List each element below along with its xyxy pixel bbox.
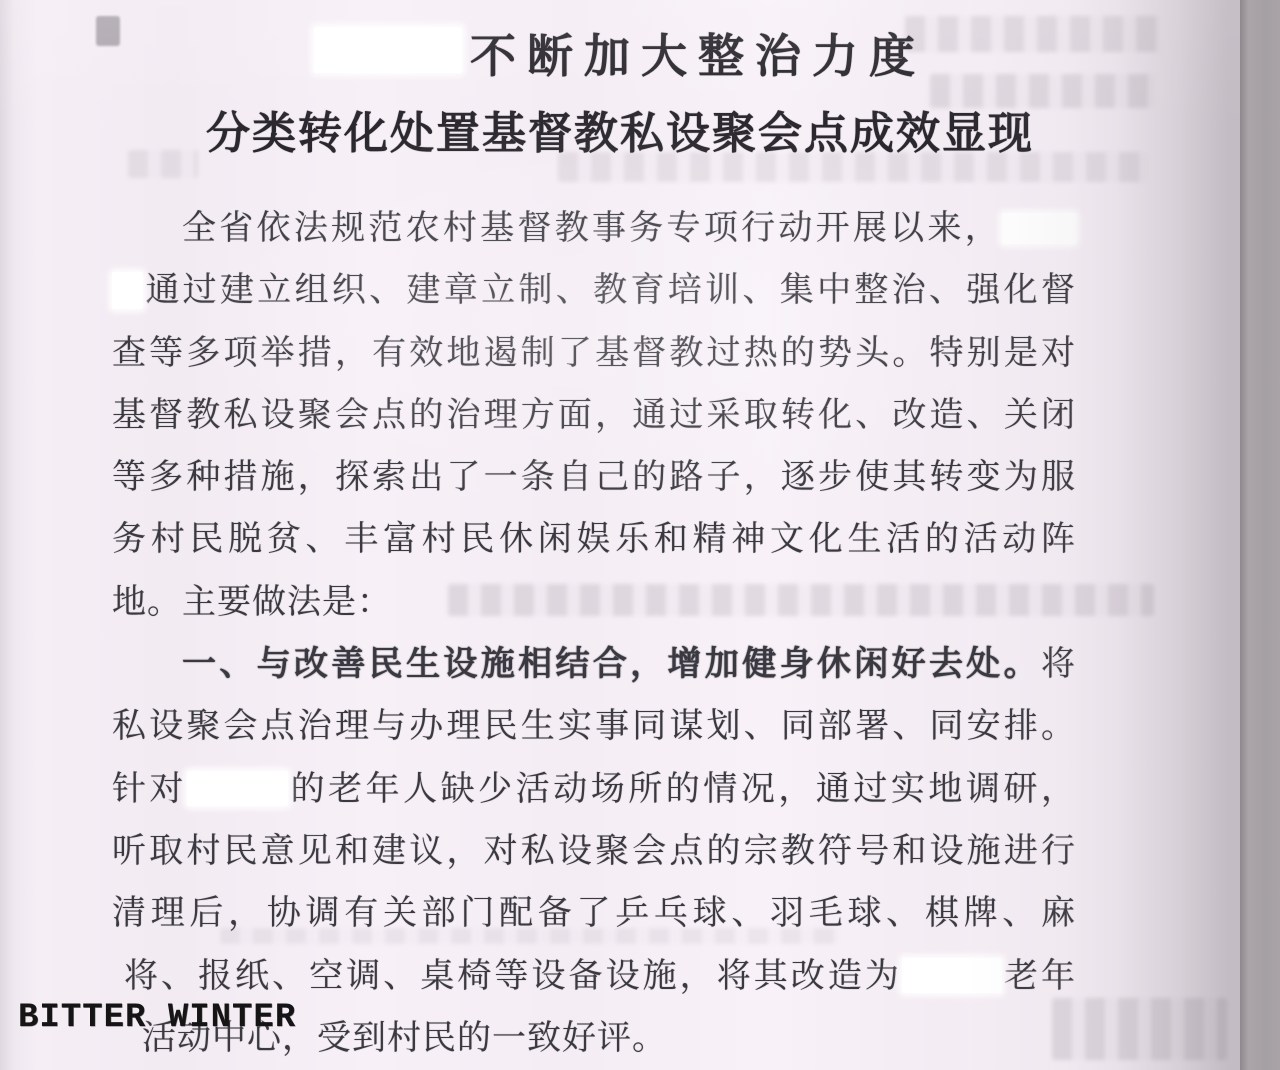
body-text-segment: 私设聚会点治理与办理民生实事同谋划、同部署、同安排。 (112, 708, 1076, 745)
body-line: 听取村民意见和建议，对私设聚会点的宗教符号和设施进行 (112, 821, 1076, 883)
bitter-winter-watermark: BITTER WINTER (18, 999, 296, 1037)
bleedthrough-ghost-text (1052, 998, 1227, 1060)
body-text-segment: 将、报纸、空调、桌椅等设备设施，将其改造为 (124, 958, 902, 995)
body-text-segment: 查等多项举措，有效地遏制了基督教过热的势头。特别是对 (112, 335, 1076, 372)
body-line: 清理后，协调有关部门配备了乒乓球、羽毛球、棋牌、麻 (112, 883, 1076, 945)
body-text-segment: 通过建立组织、建章立制、教育培训、集中整治、强化督 (143, 272, 1076, 309)
title-text: 分类转化处置基督教私设聚会点成效显现 (206, 97, 1034, 161)
body-text-segment: 将 (1041, 646, 1076, 683)
body-line: 通过建立组织、建章立制、教育培训、集中整治、强化督 (112, 260, 1076, 322)
redaction-box (112, 272, 143, 309)
body-text-segment: 一、与改善民生设施相结合，增加健身休闲好去处。 (182, 646, 1041, 683)
redaction-box (187, 771, 288, 806)
body-text-segment: 地。主要做法是： (112, 584, 392, 621)
scanned-document-page: 不断加大整治力度 分类转化处置基督教私设聚会点成效显现 全省依法规范农村基督教事… (0, 0, 1280, 1070)
paper-sheet: 不断加大整治力度 分类转化处置基督教私设聚会点成效显现 全省依法规范农村基督教事… (0, 0, 1240, 1070)
body-text-segment: 务村民脱贫、丰富村民休闲娱乐和精神文化生活的活动阵 (112, 521, 1076, 558)
title-text: 不断加大整治力度 (470, 20, 926, 86)
body-line: 全省依法规范农村基督教事务专项行动开展以来， (112, 198, 1076, 260)
body-text-segment: 的老年人缺少活动场所的情况，通过实地调研， (288, 771, 1076, 808)
document-title-line-1: 不断加大整治力度 (0, 14, 1240, 92)
body-text: 全省依法规范农村基督教事务专项行动开展以来，通过建立组织、建章立制、教育培训、集… (112, 198, 1076, 1070)
body-text-segment: 老年 (1002, 958, 1076, 995)
redaction-box (902, 958, 1002, 993)
redaction-box (314, 27, 462, 73)
body-line: 等多种措施，探索出了一条自己的路子，逐步使其转变为服 (112, 447, 1076, 509)
body-line: 查等多项举措，有效地遏制了基督教过热的势头。特别是对 (112, 323, 1076, 385)
body-text-segment: 全省依法规范农村基督教事务专项行动开展以来， (182, 210, 1002, 247)
body-line: 基督教私设聚会点的治理方面，通过采取转化、改造、关闭 (112, 385, 1076, 447)
body-line: 针对的老年人缺少活动场所的情况，通过实地调研， (112, 759, 1076, 821)
scanner-bed-background (1240, 0, 1280, 1070)
body-line: 一、与改善民生设施相结合，增加健身休闲好去处。将 (112, 634, 1076, 696)
body-line: 地。主要做法是： (112, 572, 1076, 634)
body-text-segment: 等多种措施，探索出了一条自己的路子，逐步使其转变为服 (112, 459, 1076, 496)
body-line: 务村民脱贫、丰富村民休闲娱乐和精神文化生活的活动阵 (112, 509, 1076, 571)
redaction-box (1002, 213, 1076, 244)
body-line: 私设聚会点治理与办理民生实事同谋划、同部署、同安排。 (112, 696, 1076, 758)
body-text-segment: 清理后，协调有关部门配备了乒乓球、羽毛球、棋牌、麻 (112, 895, 1076, 932)
document-title-line-2: 分类转化处置基督教私设聚会点成效显现 (0, 94, 1240, 164)
body-text-segment: 听取村民意见和建议，对私设聚会点的宗教符号和设施进行 (112, 833, 1076, 870)
body-text-segment: 基督教私设聚会点的治理方面，通过采取转化、改造、关闭 (112, 397, 1076, 434)
body-text-segment: 针对 (112, 771, 187, 808)
